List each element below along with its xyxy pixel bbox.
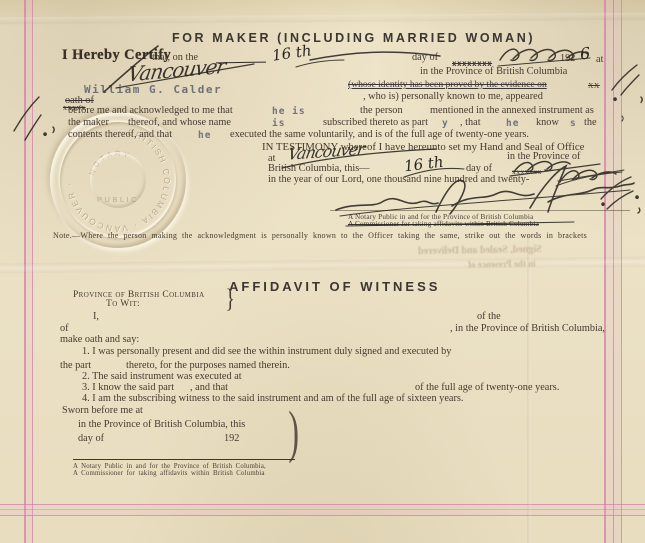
affidavit-item-1-cont-b: thereto, for the purposes named therein. [126, 361, 290, 371]
scanned-notary-document: · BRITISH COLUMBIA · VANCOUVER · · BRITI… [0, 0, 645, 543]
affidavit-of: of [60, 324, 69, 334]
seal-inner-circle [90, 152, 146, 208]
the-maker: the maker [68, 118, 109, 128]
margin-marks-left [14, 97, 54, 140]
bc-this-line: British Columbia, this— [268, 164, 370, 174]
year-of-our-lord-line: in the year of our Lord, one thousand ni… [268, 175, 529, 185]
bottom-ruling-line-3 [0, 515, 645, 516]
that-word: , that [460, 118, 481, 128]
affidavit-i: I, [93, 312, 99, 322]
footer-commissioner-line: A Commissioner for taking affidavits wit… [73, 470, 265, 477]
typed-s: s [570, 118, 577, 129]
month-scribble-top [498, 49, 590, 66]
day-of-top: day of [412, 53, 438, 63]
right-ruling-line-1 [604, 0, 606, 543]
bleedthrough-line-2: in the Presence of [468, 258, 536, 269]
typed-y: y [442, 118, 449, 129]
sworn-province-line: in the Province of British Columbia, thi… [78, 420, 245, 430]
brace-large: ) [288, 398, 299, 465]
affidavit-item-3-a: 3. I know the said part [82, 383, 174, 393]
typed-he-2: he [506, 118, 519, 129]
handwritten-place-testimony: Vancouver [286, 139, 365, 164]
maker-section-heading: FOR MAKER (INCLUDING MARRIED WOMAN) [172, 31, 535, 45]
bleedthrough-line-1: Signed, Sealed and Delivered [418, 244, 542, 257]
right-ruling-line-2 [613, 0, 615, 543]
know-word: know [536, 118, 559, 128]
right-ruling-line-3 [621, 0, 623, 543]
who-is-line: , who is) personally known to me, appear… [363, 92, 543, 102]
day-of-testimony: day of [466, 164, 492, 174]
footer-divider [73, 459, 295, 460]
executed-line: executed the same voluntarily, and is of… [230, 130, 529, 140]
before-me-line: before me and acknowledged to me that [68, 106, 233, 116]
note-line: Note.—Where the person making the acknow… [53, 231, 587, 240]
affidavit-in-province: , in the Province of British Columbia, [450, 324, 605, 334]
left-ruling-line-1 [24, 0, 26, 543]
horizontal-crease-top [0, 13, 645, 25]
signature-rule [330, 210, 630, 211]
affidavit-item-3-c: of the full age of twenty-one years. [415, 383, 559, 393]
pen-strokes-overlay [0, 0, 645, 543]
affidavit-heading: AFFIDAVIT OF WITNESS [229, 279, 440, 294]
province-line-top: in the Province of British Columbia [420, 67, 567, 77]
affidavit-of-the: of the [477, 312, 501, 322]
in-province-of: in the Province of [507, 152, 581, 162]
handwritten-day-top: 16 th [271, 41, 313, 64]
strike-xx: XX [588, 81, 600, 90]
thereof-name: thereof, and whose name [128, 118, 231, 128]
affidavit-to-wit: To Wit: [106, 300, 140, 310]
affidavit-item-2: 2. The said instrument was executed at [82, 372, 242, 382]
brace-small: } [226, 284, 235, 314]
mentioned-line: mentioned in the annexed instrument as [430, 106, 594, 116]
bottom-ruling-line-1 [0, 504, 645, 505]
sworn-day-of: day of [78, 434, 104, 444]
whose-identity-struck: (whose identity has been proved by the e… [348, 80, 547, 90]
contents-line: contents thereof, and that [68, 130, 172, 140]
typed-he-is: he is [272, 106, 306, 117]
affidavit-item-4: 4. I am the subscribing witness to the s… [82, 394, 463, 404]
affidavit-item-3-b: , and that [190, 383, 228, 393]
left-ruling-line-2 [32, 0, 34, 543]
typed-he-3: he [198, 130, 211, 141]
the-word: the [584, 118, 597, 128]
at-word-top: at [596, 55, 603, 65]
affidavit-oath-line: make oath and say: [60, 335, 139, 345]
affidavit-item-1: 1. I was personally present and did see … [82, 347, 451, 357]
typed-is: is [272, 118, 285, 129]
sworn-year: 192 [224, 434, 239, 444]
typed-maker-name: William G. Calder [84, 83, 222, 96]
footer-notary-line: A Notary Public in and for the Province … [73, 463, 266, 470]
sworn-before-me: Sworn before me at [62, 406, 143, 416]
handwritten-year-digit: 6 [579, 44, 591, 64]
handwritten-day-testimony: 16 th [403, 153, 444, 176]
the-person: the person [360, 106, 403, 116]
affidavit-item-1-cont-a: the part [60, 361, 91, 371]
horizontal-crease-middle [0, 257, 645, 274]
bottom-ruling-line-2 [0, 509, 645, 510]
subscribed-part: subscribed thereto as part [323, 118, 428, 128]
commissioner-caption-struck: A Commissioner for taking affidavits wit… [348, 220, 539, 228]
year-192-top: 192 [560, 54, 575, 64]
